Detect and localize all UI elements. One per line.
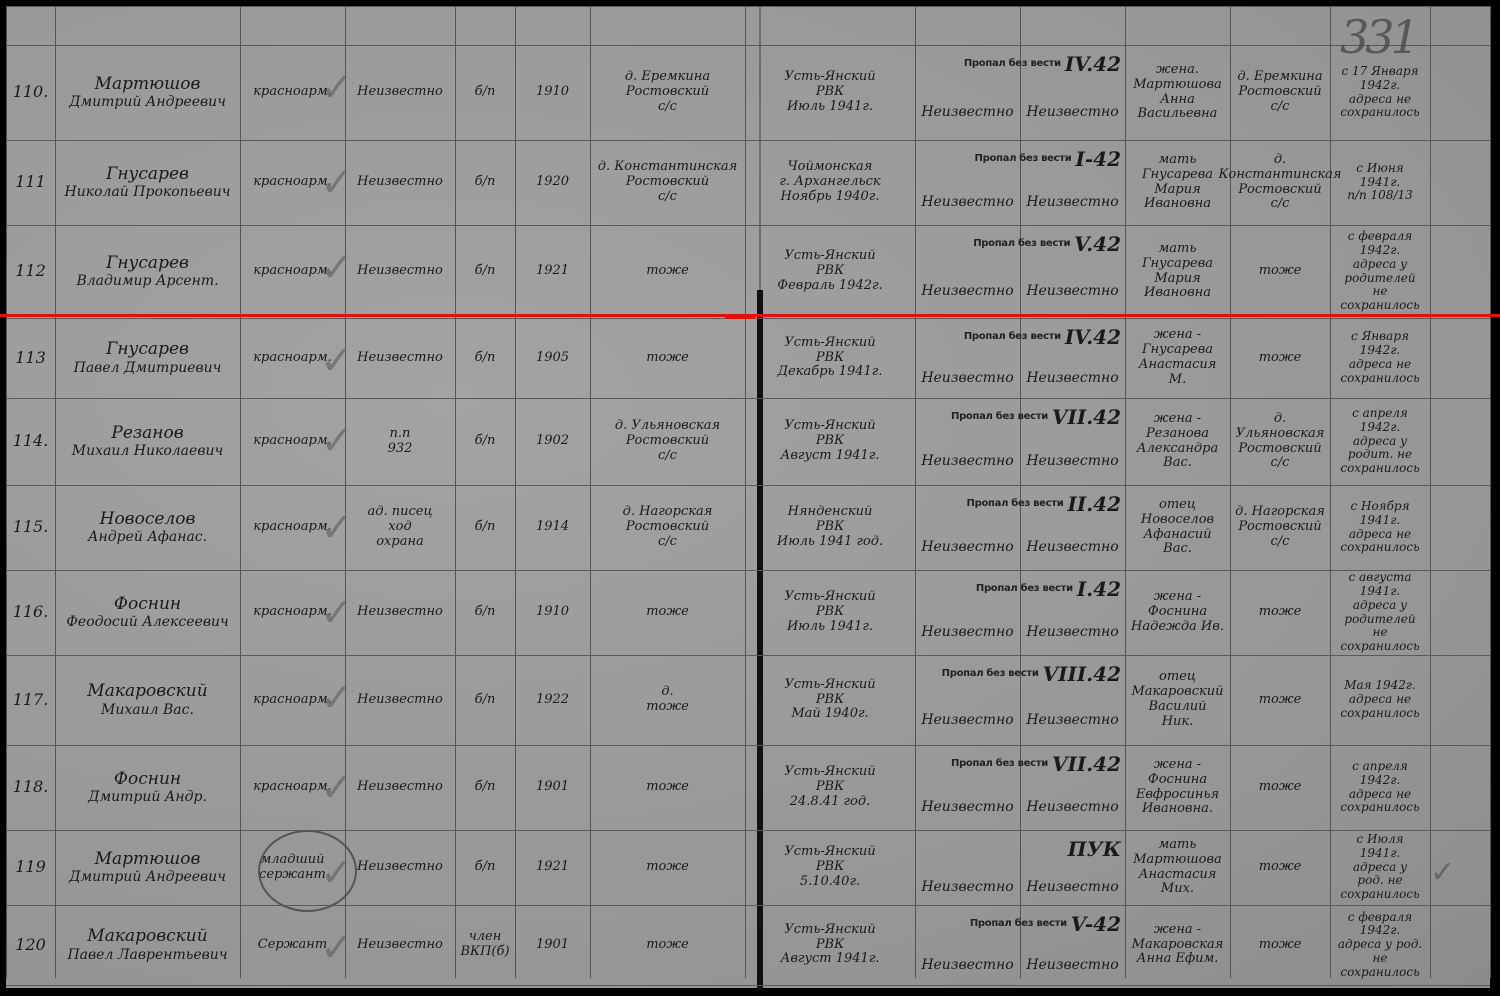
date-of-loss: Неизвестно — [921, 194, 1013, 210]
drafted-line: Усть-Янский — [784, 419, 875, 434]
pencil-check-icon: ✓ — [320, 590, 354, 636]
drafted-line: Май 1940г. — [791, 707, 868, 722]
notes-line: с февраля — [1348, 911, 1412, 925]
relative_address-line: д. Нагорская — [1235, 505, 1325, 520]
birth-year-cell: 1901 — [517, 747, 588, 828]
notes-line: адреса не — [1349, 93, 1411, 107]
row-number: 114. — [13, 432, 49, 450]
notes-line: с Июня — [1356, 162, 1403, 176]
row-number-cell: 117. — [8, 657, 53, 743]
relative-address-cell: д. ЕремкинаРостовскийс/с — [1232, 47, 1328, 138]
drafted-line: РВК — [816, 780, 844, 795]
relative-line: Новоселов — [1141, 513, 1214, 528]
grid-row-line — [6, 225, 1490, 226]
birth_year-text: 1902 — [536, 434, 569, 449]
birth_year-text: 1901 — [536, 780, 569, 795]
row-number-cell: 116. — [8, 572, 53, 653]
date-of-loss: Неизвестно — [921, 879, 1013, 895]
drafted-line: РВК — [816, 860, 844, 875]
relative-line: мать — [1159, 153, 1197, 168]
birthplace-line: с/с — [658, 449, 677, 464]
birth-year-cell: 1910 — [517, 47, 588, 138]
given-names: Дмитрий Андреевич — [69, 94, 226, 110]
drafted-line: Февраль 1942г. — [777, 279, 882, 294]
notes-line: сохранилось — [1340, 707, 1419, 721]
notes-cell: Мая 1942г.адреса несохранилось — [1332, 657, 1428, 743]
drafted-line: Усть-Янский — [784, 590, 875, 605]
birth-year-cell: 1921 — [517, 832, 588, 903]
birthplace-line: д. Нагорская — [623, 505, 713, 520]
relative-line: жена. — [1156, 63, 1199, 78]
relative-line: Вас. — [1163, 456, 1192, 471]
pencil-check-icon: ✓ — [320, 925, 354, 971]
notes-line: 1942г. — [1360, 774, 1400, 788]
date-of-loss: Неизвестно — [921, 453, 1013, 469]
birthplace-line: тоже — [646, 780, 689, 795]
place-of-loss: Неизвестно — [1026, 104, 1118, 120]
party-text: б/п — [475, 520, 496, 535]
row-number: 119 — [15, 858, 46, 876]
notes-line: не сохранилось — [1332, 285, 1428, 313]
relative-line: Ивановна — [1144, 286, 1211, 301]
surname: Мартюшов — [95, 850, 201, 870]
relative-line: Ивановна. — [1142, 802, 1213, 817]
drafted-by-cell: НянденскийРВКИюль 1941 год. — [747, 487, 913, 568]
party-text: б/п — [475, 264, 496, 279]
drafted-by-cell: Усть-ЯнскийРВК24.8.41 год. — [747, 747, 913, 828]
position-text: Неизвестно — [357, 264, 443, 279]
relative_address-line: Ростовский — [1238, 520, 1321, 535]
name-cell: НовоселовАндрей Афанас. — [57, 487, 238, 568]
birthplace-line: Ростовский — [626, 520, 709, 535]
notes-line: с 17 Января — [1342, 65, 1419, 79]
grid-column-line — [55, 6, 56, 978]
relative_address-line: Ростовский — [1238, 183, 1321, 198]
notes-line: адреса у — [1353, 861, 1407, 875]
grid-row-line — [6, 140, 1490, 141]
drafted-line: 5.10.40г. — [800, 875, 860, 890]
drafted-by-cell: Усть-ЯнскийРВКАвгуст 1941г. — [747, 907, 913, 983]
relative-line: Мария — [1154, 183, 1200, 198]
birthplace-line: тоже — [646, 264, 689, 279]
notes-line: с Июля — [1356, 833, 1403, 847]
notes-line: не сохранилось — [1332, 626, 1428, 654]
relative_address-line: тоже — [1259, 605, 1302, 620]
given-names: Павел Лаврентьевич — [67, 947, 227, 963]
notes-line: 1941г. — [1360, 847, 1400, 861]
birthplace-cell: тоже — [592, 227, 743, 316]
party-cell: б/п — [457, 142, 513, 223]
grid-column-line — [345, 6, 346, 978]
place-of-loss: Неизвестно — [1026, 539, 1118, 555]
grid-column-line — [915, 6, 916, 978]
party-cell: б/п — [457, 747, 513, 828]
grid-row-line — [6, 655, 1490, 656]
date-of-loss: Неизвестно — [921, 104, 1013, 120]
relative-cell: отецМакаровскийВасилийНик. — [1127, 657, 1228, 743]
pencil-check-icon: ✓ — [320, 245, 354, 291]
notes-line: адреса у — [1353, 599, 1407, 613]
position-cell: Неизвестно — [347, 227, 453, 316]
row-number-cell: 120 — [8, 907, 53, 983]
place-of-loss: Неизвестно — [1026, 712, 1118, 728]
grid-row-line — [6, 905, 1490, 906]
notes-line: с Января — [1351, 330, 1409, 344]
relative-address-cell: тоже — [1232, 907, 1328, 983]
place-of-loss: Неизвестно — [1026, 370, 1118, 386]
relative-address-cell: д. УльяновскаяРостовскийс/с — [1232, 400, 1328, 483]
notes-line: адреса у род. — [1338, 938, 1422, 952]
grid-row-line — [6, 830, 1490, 831]
notes-line: 1942г. — [1360, 421, 1400, 435]
notes-cell: с февраля1942г.адреса уродителейне сохра… — [1332, 227, 1428, 316]
notes-line: с Ноября — [1350, 500, 1409, 514]
given-names: Дмитрий Андр. — [88, 789, 207, 805]
birth_year-text: 1910 — [536, 85, 569, 100]
position-cell: Неизвестно — [347, 47, 453, 138]
notes-cell: с Января1942г.адреса несохранилось — [1332, 320, 1428, 396]
relative-line: Фоснина — [1148, 605, 1207, 620]
name-cell: ГнусаревВладимир Арсент. — [57, 227, 238, 316]
drafted-line: Чоймонская — [788, 160, 873, 175]
relative-line: Резанова — [1146, 427, 1209, 442]
notes-line: адреса не — [1349, 693, 1411, 707]
birth-year-cell: 1922 — [517, 657, 588, 743]
drafted-line: Усть-Янский — [784, 845, 875, 860]
rank-text: Сержант — [258, 938, 327, 953]
notes-line: 1942г. — [1360, 79, 1400, 93]
birthplace-cell: тоже — [592, 832, 743, 903]
row-number: 116. — [13, 603, 49, 621]
party-text: б/п — [475, 175, 496, 190]
drafted-by-cell: Усть-ЯнскийРВКДекабрь 1941г. — [747, 320, 913, 396]
given-names: Андрей Афанас. — [88, 529, 207, 545]
birthplace-line: тоже — [646, 700, 689, 715]
party-line: член — [469, 930, 502, 945]
birth-year-cell: 1901 — [517, 907, 588, 983]
grid-column-line — [1490, 6, 1491, 978]
name-cell: РезановМихаил Николаевич — [57, 400, 238, 483]
birthplace-line: Ростовский — [626, 175, 709, 190]
grid-row-line — [6, 485, 1490, 486]
given-names: Михаил Вас. — [101, 702, 194, 718]
party-cell: членВКП(б) — [457, 907, 513, 983]
grid-column-line — [240, 6, 241, 978]
drafted-line: Усть-Янский — [784, 249, 875, 264]
birth_year-text: 1922 — [536, 693, 569, 708]
position-text: Неизвестно — [357, 693, 443, 708]
drafted-line: Август 1941г. — [780, 449, 879, 464]
relative-address-cell: д. НагорскаяРостовскийс/с — [1232, 487, 1328, 568]
name-cell: ГнусаревПавел Дмитриевич — [57, 320, 238, 396]
birthplace-line: с/с — [658, 100, 677, 115]
place-of-loss: Неизвестно — [1026, 194, 1118, 210]
relative-line: Анна — [1160, 93, 1195, 108]
row-number-cell: 111 — [8, 142, 53, 223]
party-cell: б/п — [457, 572, 513, 653]
grid-row-line — [6, 985, 1490, 986]
notes-line: родит. не — [1348, 448, 1412, 462]
relative-line: Анастасия — [1139, 868, 1217, 883]
birth-year-cell: 1905 — [517, 320, 588, 396]
drafted-by-cell: Усть-ЯнскийРВКФевраль 1942г. — [747, 227, 913, 316]
relative-line: мать — [1159, 242, 1197, 257]
notes-cell: с Июля1941г.адреса урод. не сохранилось — [1332, 832, 1428, 903]
relative-cell: жена -ФоснинаЕвфросиньяИвановна. — [1127, 747, 1228, 828]
relative-address-cell: тоже — [1232, 227, 1328, 316]
party-cell: б/п — [457, 400, 513, 483]
position-cell: Неизвестно — [347, 657, 453, 743]
pencil-check-icon: ✓ — [320, 675, 354, 721]
birthplace-cell: д. УльяновскаяРостовскийс/с — [592, 400, 743, 483]
position-text: Неизвестно — [357, 351, 443, 366]
grid-row-line — [6, 745, 1490, 746]
notes-line: не сохранилось — [1332, 952, 1428, 980]
birthplace-line: тоже — [646, 605, 689, 620]
party-cell: б/п — [457, 320, 513, 396]
pencil-check-icon: ✓ — [320, 338, 354, 384]
row-number-cell: 110. — [8, 47, 53, 138]
party-cell: б/п — [457, 657, 513, 743]
party-text: б/п — [475, 85, 496, 100]
notes-cell: с августа1941г.адреса уродителейне сохра… — [1332, 572, 1428, 653]
drafted-line: РВК — [816, 85, 844, 100]
birthplace-cell: тоже — [592, 747, 743, 828]
row-number: 111 — [15, 173, 46, 191]
surname: Гнусарев — [106, 254, 189, 274]
relative-line: жена - — [1154, 590, 1201, 605]
position-line: ад. писец — [367, 505, 432, 520]
row-number: 110. — [13, 83, 49, 101]
party-text: б/п — [475, 434, 496, 449]
notes-line: родителей — [1344, 272, 1415, 286]
row-number-cell: 114. — [8, 400, 53, 483]
relative-address-cell: тоже — [1232, 832, 1328, 903]
notes-line: 1942г. — [1360, 924, 1400, 938]
row-number-cell: 112 — [8, 227, 53, 316]
drafted-line: РВК — [816, 434, 844, 449]
party-text: б/п — [475, 780, 496, 795]
relative-cell: жена -РезановаАлександраВас. — [1127, 400, 1228, 483]
relative-line: мать — [1159, 838, 1197, 853]
relative_address-line: д. Константинская — [1218, 153, 1341, 183]
date-of-loss-cell: Неизвестно — [917, 907, 1018, 996]
birth-year-cell: 1921 — [517, 227, 588, 316]
birth_year-text: 1914 — [536, 520, 569, 535]
drafted-line: 24.8.41 год. — [790, 795, 871, 810]
grid-row-line — [6, 570, 1490, 571]
position-line: 932 — [388, 442, 413, 457]
drafted-line: Нянденский — [788, 505, 873, 520]
relative-line: Евфросинья — [1136, 788, 1219, 803]
relative-line: Ивановна — [1144, 197, 1211, 212]
birthplace-line: тоже — [646, 938, 689, 953]
party-text: б/п — [475, 860, 496, 875]
relative-cell: матьГнусареваМарияИвановна — [1127, 227, 1228, 316]
place-of-loss: Неизвестно — [1026, 957, 1118, 973]
party-cell: б/п — [457, 227, 513, 316]
row-number: 120 — [15, 936, 46, 954]
date-of-loss: Неизвестно — [921, 957, 1013, 973]
relative-line: жена - — [1154, 758, 1201, 773]
party-cell: б/п — [457, 487, 513, 568]
place-of-loss-cell: Неизвестно — [1022, 907, 1123, 996]
drafted-line: РВК — [816, 351, 844, 366]
pencil-check-icon: ✓ — [320, 160, 354, 206]
name-cell: МакаровскийМихаил Вас. — [57, 657, 238, 743]
grid-column-line — [745, 6, 746, 978]
relative-line: жена - — [1154, 328, 1201, 343]
surname: Фоснин — [114, 770, 181, 790]
relative-line: отец — [1159, 498, 1196, 513]
position-text: Неизвестно — [357, 605, 443, 620]
relative-line: Мартюшова — [1133, 853, 1222, 868]
relative_address-line: Ростовский — [1238, 442, 1321, 457]
birthplace-cell: тоже — [592, 320, 743, 396]
drafted-by-cell: Усть-ЯнскийРВКИюль 1941г. — [747, 572, 913, 653]
given-names: Павел Дмитриевич — [74, 360, 222, 376]
notes-line: 1941г. — [1360, 514, 1400, 528]
birthplace-line: тоже — [646, 860, 689, 875]
notes-line: родителей — [1344, 613, 1415, 627]
party-cell: б/п — [457, 832, 513, 903]
surname: Макаровский — [87, 927, 207, 947]
grid-column-line — [515, 6, 516, 978]
drafted-by-cell: Усть-ЯнскийРВКИюль 1941г. — [747, 47, 913, 138]
drafted-by-cell: Усть-ЯнскийРВКМай 1940г. — [747, 657, 913, 743]
row-number: 117. — [13, 691, 49, 709]
row-number-cell: 119 — [8, 832, 53, 903]
row-number: 112 — [15, 262, 46, 280]
red-annotation-line-kink — [725, 316, 755, 319]
name-cell: ГнусаревНиколай Прокопьевич — [57, 142, 238, 223]
position-cell: Неизвестно — [347, 320, 453, 396]
birthplace-cell: тоже — [592, 572, 743, 653]
position-cell: ад. писецходохрана — [347, 487, 453, 568]
position-text: Неизвестно — [357, 85, 443, 100]
grid-column-line — [455, 6, 456, 978]
drafted-line: РВК — [816, 938, 844, 953]
notes-line: с апреля — [1352, 407, 1408, 421]
birth-year-cell: 1902 — [517, 400, 588, 483]
pencil-circle-mark — [258, 830, 357, 912]
name-cell: МартюшовДмитрий Андреевич — [57, 832, 238, 903]
relative-line: Фоснина — [1148, 773, 1207, 788]
date-of-loss: Неизвестно — [921, 712, 1013, 728]
drafted-by-cell: Усть-ЯнскийРВКАвгуст 1941г. — [747, 400, 913, 483]
relative-line: жена - — [1154, 412, 1201, 427]
position-text: Неизвестно — [357, 175, 443, 190]
position-cell: Неизвестно — [347, 572, 453, 653]
drafted-line: Июль 1941 год. — [777, 535, 883, 550]
relative-line: Вас. — [1163, 542, 1192, 557]
drafted-line: Июль 1941г. — [787, 100, 873, 115]
notes-cell: с Июня1941г.п/п 108/13 — [1332, 142, 1428, 223]
relative-cell: жена -ФоснинаНадежда Ив. — [1127, 572, 1228, 653]
surname: Новоселов — [100, 510, 196, 530]
notes-line: п/п 108/13 — [1347, 189, 1413, 203]
birthplace-cell: д. КонстантинскаяРостовскийс/с — [592, 142, 743, 223]
birthplace-line: с/с — [658, 535, 677, 550]
relative_address-line: д. Еремкина — [1237, 70, 1322, 85]
pencil-check-icon: ✓ — [320, 505, 354, 551]
position-cell: Неизвестно — [347, 907, 453, 983]
birth_year-text: 1921 — [536, 860, 569, 875]
relative-cell: отецНовоселовАфанасийВас. — [1127, 487, 1228, 568]
place-of-loss: Неизвестно — [1026, 624, 1118, 640]
grid-row-line — [6, 398, 1490, 399]
grid-column-line — [1125, 6, 1126, 978]
birthplace-line: д. — [661, 685, 673, 700]
relative-address-cell: тоже — [1232, 320, 1328, 396]
relative-cell: матьМартюшоваАнастасияМих. — [1127, 832, 1228, 903]
relative_address-line: д. Ульяновская — [1232, 412, 1328, 442]
drafted-by-cell: Чоймонскаяг. АрхангельскНоябрь 1940г. — [747, 142, 913, 223]
drafted-line: Усть-Янский — [784, 678, 875, 693]
relative_address-line: с/с — [1271, 100, 1290, 115]
notes-line: сохранилось — [1340, 541, 1419, 555]
row-number-cell: 118. — [8, 747, 53, 828]
drafted-line: Усть-Янский — [784, 923, 875, 938]
pencil-check-icon: ✓ — [320, 765, 354, 811]
birthplace-line: тоже — [646, 351, 689, 366]
relative-line: Василий — [1149, 700, 1207, 715]
drafted-line: РВК — [816, 264, 844, 279]
relative-line: Афанасий — [1143, 528, 1211, 543]
drafted-line: Усть-Янский — [784, 336, 875, 351]
notes-line: с августа — [1349, 571, 1412, 585]
relative-address-cell: тоже — [1232, 747, 1328, 828]
notes-line: адреса у — [1353, 258, 1407, 272]
given-names: Николай Прокопьевич — [65, 184, 231, 200]
grid-column-line — [6, 6, 7, 978]
notes-line: род. не сохранилось — [1332, 874, 1428, 902]
given-names: Владимир Арсент. — [76, 273, 218, 289]
given-names: Дмитрий Андреевич — [69, 869, 226, 885]
drafted-by-cell: Усть-ЯнскийРВК5.10.40г. — [747, 832, 913, 903]
relative_address-line: тоже — [1259, 860, 1302, 875]
date-of-loss: Неизвестно — [921, 283, 1013, 299]
birthplace-line: д. Ульяновская — [615, 419, 720, 434]
notes-cell: с апреля1942г.адреса уродит. несохранило… — [1332, 400, 1428, 483]
notes-line: адреса не — [1349, 358, 1411, 372]
birthplace-line: Ростовский — [626, 85, 709, 100]
notes-line: адреса не — [1349, 788, 1411, 802]
notes-line: сохранилось — [1340, 106, 1419, 120]
notes-line: 1942г. — [1360, 344, 1400, 358]
notes-line: Мая 1942г. — [1344, 679, 1416, 693]
notes-cell: с февраля1942г.адреса у род.не сохранило… — [1332, 907, 1428, 983]
birth_year-text: 1920 — [536, 175, 569, 190]
position-cell: Неизвестно — [347, 142, 453, 223]
relative-address-cell: тоже — [1232, 657, 1328, 743]
birthplace-cell: д. НагорскаяРостовскийс/с — [592, 487, 743, 568]
relative-cell: матьГнусареваМарияИвановна — [1127, 142, 1228, 223]
date-of-loss: Неизвестно — [921, 370, 1013, 386]
given-names: Михаил Николаевич — [72, 443, 223, 459]
relative-line: Мария — [1154, 272, 1200, 287]
drafted-line: Август 1941г. — [780, 952, 879, 967]
relative-line: Гнусарева — [1142, 257, 1213, 272]
position-text: Неизвестно — [357, 780, 443, 795]
relative-line: Макаровская — [1132, 938, 1224, 953]
pencil-check-icon: ✓ — [320, 418, 354, 464]
surname: Гнусарев — [106, 340, 189, 360]
position-text: Неизвестно — [357, 938, 443, 953]
surname: Макаровский — [87, 682, 207, 702]
notes-cell: с Ноября1941г.адреса несохранилось — [1332, 487, 1428, 568]
birth_year-text: 1910 — [536, 605, 569, 620]
